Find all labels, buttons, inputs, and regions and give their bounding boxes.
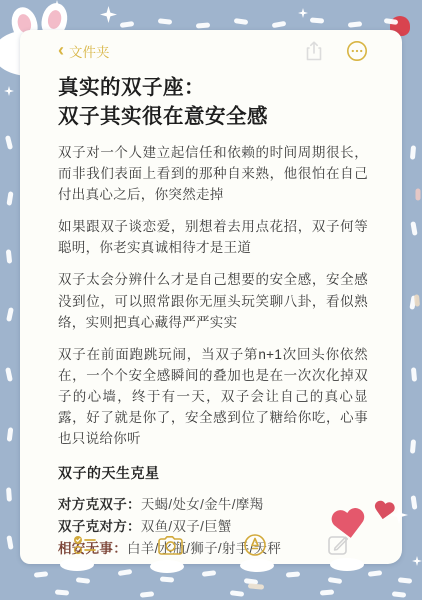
stitch-mark-decoration	[7, 427, 14, 442]
stitch-mark-decoration	[411, 495, 418, 510]
stitch-mark-decoration	[55, 589, 69, 595]
stitch-mark-decoration	[310, 17, 324, 23]
stitch-mark-decoration	[248, 583, 264, 589]
torn-edge-decoration	[60, 558, 94, 571]
stitch-mark-decoration	[6, 535, 13, 550]
stitch-mark-decoration	[414, 294, 420, 306]
stitch-mark-decoration	[416, 189, 421, 201]
row-value: 双鱼/双子/巨蟹	[141, 519, 232, 534]
stitch-mark-decoration	[118, 569, 133, 576]
torn-edge-decoration	[330, 558, 364, 571]
note-card: ‹ 文件夹	[20, 30, 402, 564]
stitch-mark-decoration	[384, 18, 399, 25]
stitch-mark-decoration	[196, 22, 210, 28]
section-heading: 双子的天生克星	[58, 463, 368, 483]
stitch-mark-decoration	[6, 307, 14, 322]
decorated-note-page: ‹ 文件夹	[0, 0, 422, 600]
body-paragraph: 双子太会分辨什么才是自己想要的安全感，安全感没到位，可以照常跟你无厘头玩笑聊八卦…	[58, 269, 368, 332]
compatibility-row: 对方克双子：天蝎/处女/金牛/摩羯	[58, 494, 368, 516]
camera-button[interactable]	[157, 535, 184, 556]
more-button[interactable]	[346, 40, 368, 62]
small-heart-decoration	[372, 500, 397, 523]
back-chevron-icon: ‹	[58, 41, 64, 59]
more-icon	[346, 40, 368, 62]
stitch-mark-decoration	[6, 487, 12, 501]
stitch-mark-decoration	[5, 135, 13, 150]
camera-icon	[157, 535, 184, 556]
stitch-mark-decoration	[234, 18, 249, 25]
stitch-mark-decoration	[202, 570, 217, 577]
title-line2: 双子其实很在意安全感	[58, 102, 368, 131]
share-button[interactable]	[304, 40, 324, 62]
checklist-icon	[72, 534, 98, 556]
stitch-mark-decoration	[348, 21, 362, 27]
big-heart-decoration	[329, 507, 368, 543]
stitch-mark-decoration	[6, 191, 13, 206]
stitch-mark-decoration	[368, 570, 383, 577]
stitch-mark-decoration	[6, 249, 12, 263]
share-icon	[304, 40, 324, 62]
stitch-mark-decoration	[410, 221, 417, 236]
notes-nav-bar: ‹ 文件夹	[58, 40, 368, 62]
markup-pen-icon	[243, 533, 267, 557]
sparkle-star-decoration	[298, 8, 308, 18]
row-label: 对方克双子：	[58, 497, 141, 512]
stitch-mark-decoration	[120, 21, 135, 28]
body-paragraph: 双子在前面跑跳玩闹，当双子第n+1次回头你依然在，一个个安全感瞬间的叠加也是在一…	[58, 344, 368, 449]
stitch-mark-decoration	[411, 367, 417, 381]
stitch-mark-decoration	[410, 439, 416, 453]
row-label: 双子克对方：	[58, 519, 141, 534]
stitch-mark-decoration	[76, 577, 91, 584]
back-button-label: 文件夹	[69, 41, 110, 61]
stitch-mark-decoration	[286, 571, 300, 577]
torn-edge-decoration	[240, 559, 274, 572]
stitch-mark-decoration	[398, 577, 412, 583]
sparkle-star-decoration	[4, 86, 14, 96]
sparkle-star-decoration	[100, 6, 117, 23]
stitch-mark-decoration	[230, 590, 245, 597]
stitch-mark-decoration	[320, 589, 334, 595]
stitch-mark-decoration	[272, 21, 287, 28]
body-paragraph: 双子对一个人建立起信任和依赖的时间周期很长，而非我们表面上看到的那种自来熟，他很…	[58, 142, 368, 205]
body-paragraph: 如果跟双子谈恋爱，别想着去用点花招，双子何等聪明，你老实真诚相待才是王道	[58, 216, 368, 258]
stitch-mark-decoration	[328, 577, 343, 584]
stitch-mark-decoration	[410, 145, 416, 159]
back-button[interactable]: ‹ 文件夹	[58, 41, 110, 61]
row-value: 天蝎/处女/金牛/摩羯	[141, 497, 264, 512]
title-line1: 真实的双子座：	[58, 73, 368, 102]
sparkle-star-decoration	[412, 556, 422, 566]
stitch-mark-decoration	[392, 591, 406, 597]
torn-edge-decoration	[150, 560, 184, 573]
page-title: 真实的双子座： 双子其实很在意安全感	[58, 73, 368, 131]
stitch-mark-decoration	[160, 576, 174, 582]
markup-button[interactable]	[243, 533, 267, 557]
checklist-button[interactable]	[72, 534, 98, 556]
stitch-mark-decoration	[34, 571, 48, 577]
stitch-mark-decoration	[158, 18, 172, 24]
stitch-mark-decoration	[140, 591, 154, 597]
stitch-mark-decoration	[5, 367, 13, 382]
